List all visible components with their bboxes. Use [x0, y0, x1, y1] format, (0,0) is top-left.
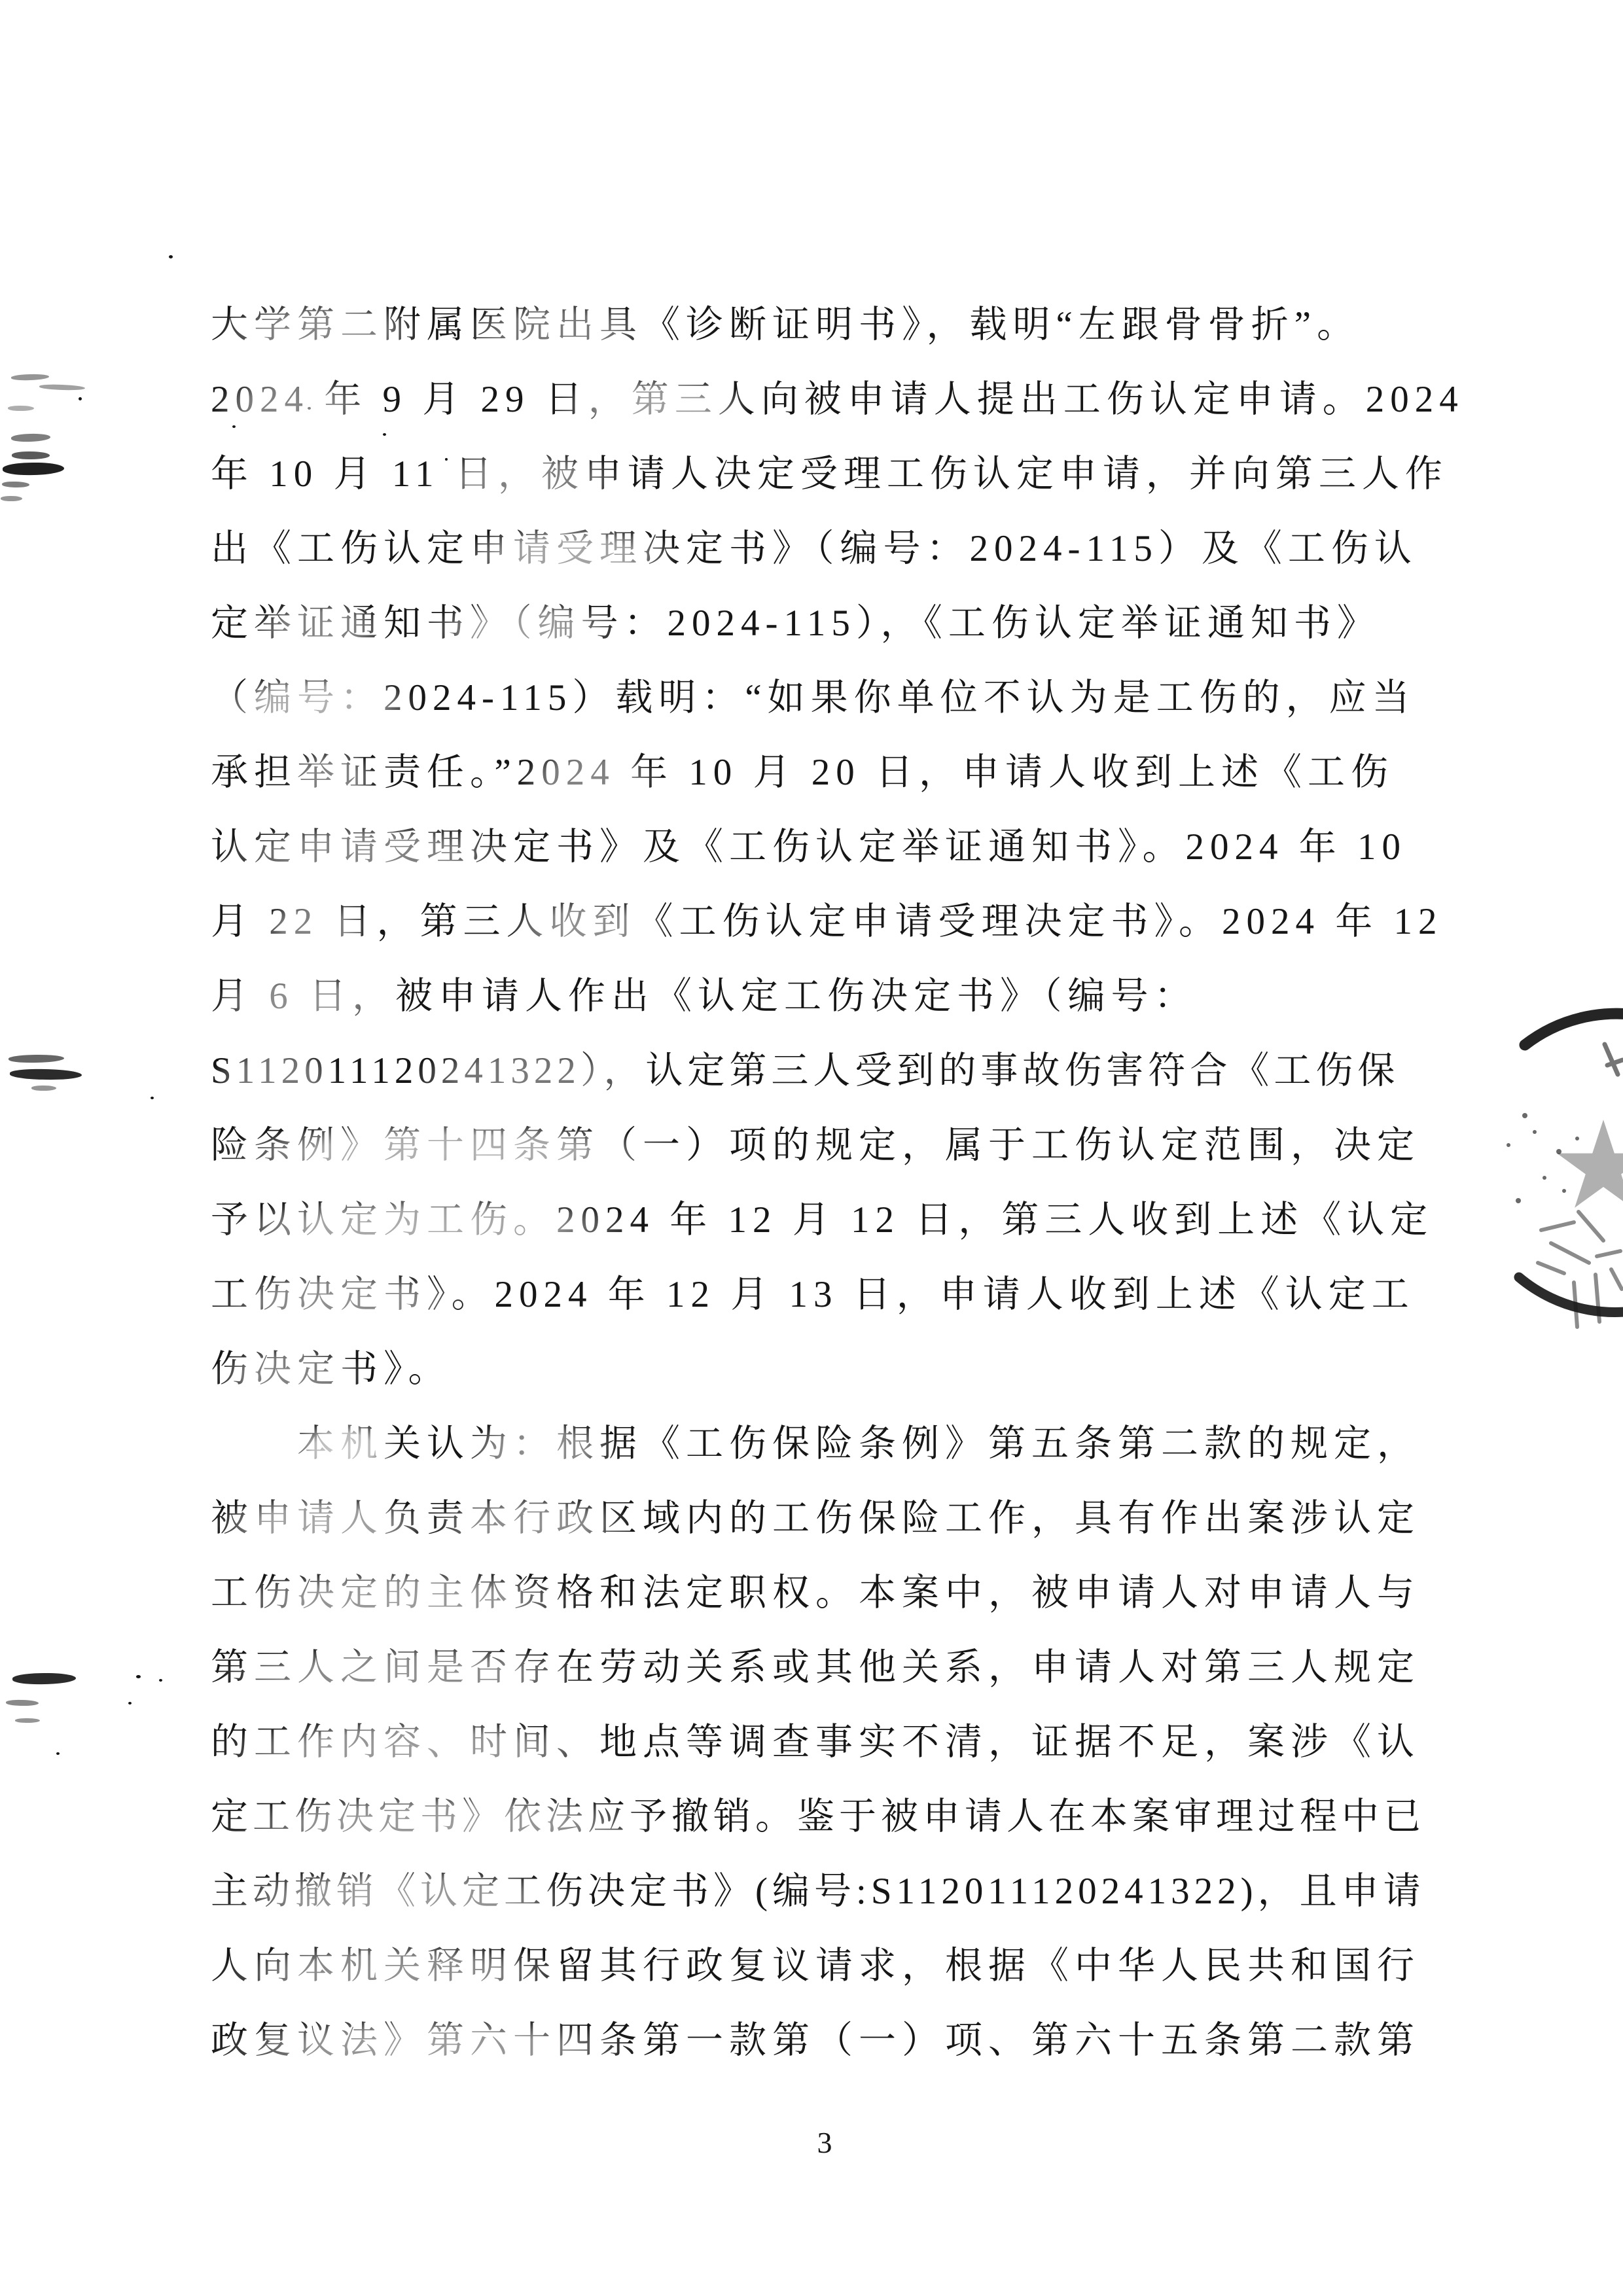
- text-line: 的工作内容、时间、地点等调查事实不清，证据不足，案涉《认: [211, 1705, 1493, 1780]
- text-line: 主动撤销《认定工伤决定书》(编号:S112011120241322)，且申请: [211, 1854, 1493, 1929]
- text-line: 工伤决定的主体资格和法定职权。本案中，被申请人对申请人与: [211, 1556, 1493, 1631]
- ink-smudge: [11, 433, 50, 442]
- ink-smudge: [3, 462, 64, 476]
- noise-speck: [56, 1752, 60, 1755]
- ink-smudge: [10, 1069, 82, 1080]
- noise-speck: [383, 433, 386, 436]
- document-body: 大学第二附属医院出具《诊断证明书》，载明“左跟骨骨折”。 2024 年 9 月 …: [211, 288, 1493, 2078]
- ink-smudge: [1, 496, 22, 501]
- ink-smudge: [6, 1700, 39, 1706]
- ink-smudge: [9, 1054, 64, 1063]
- text-line: 予以认定为工伤。2024 年 12 月 12 日，第三人收到上述《认定: [211, 1183, 1493, 1258]
- ink-smudge: [12, 451, 50, 459]
- text-line: 认定申请受理决定书》及《工伤认定举证通知书》。2024 年 10: [211, 810, 1493, 885]
- seal-ring-bottom-arc: [1519, 1277, 1623, 1312]
- seal-character-fragment: [1605, 1044, 1622, 1074]
- noise-speck: [169, 255, 173, 258]
- ink-smudge: [8, 406, 34, 411]
- text-line: 月 22 日，第三人收到《工伤认定申请受理决定书》。2024 年 12: [211, 885, 1493, 959]
- scanned-page: 大学第二附属医院出具《诊断证明书》，载明“左跟骨骨折”。 2024 年 9 月 …: [0, 0, 1623, 2296]
- text-line: 伤决定书》。: [211, 1332, 1493, 1407]
- ink-smudge: [2, 482, 29, 488]
- page-number: 3: [805, 2125, 844, 2160]
- noise-speck: [79, 397, 82, 400]
- noise-speck: [159, 1679, 162, 1682]
- noise-speck: [232, 425, 236, 428]
- text-line: 工伤决定书》。2024 年 12 月 13 日，申请人收到上述《认定工: [211, 1258, 1493, 1332]
- text-line-paragraph-start: 本机关认为：根据《工伤保险条例》第五条第二款的规定，: [211, 1407, 1493, 1481]
- noise-speck: [216, 1059, 219, 1061]
- text-line: 大学第二附属医院出具《诊断证明书》，载明“左跟骨骨折”。: [211, 288, 1493, 362]
- text-line: 出《工伤认定申请受理决定书》（编号：2024-115）及《工伤认: [211, 512, 1493, 586]
- noise-speck: [445, 458, 448, 461]
- text-line: 险条例》第十四条第（一）项的规定，属于工伤认定范围，决定: [211, 1108, 1493, 1183]
- text-line: 定举证通知书》（编号：2024-115），《工伤认定举证通知书》: [211, 586, 1493, 661]
- text-line: 年 10 月 11 日，被申请人决定受理工伤认定申请，并向第三人作: [211, 437, 1493, 512]
- seal-ring-top-arc: [1525, 1014, 1623, 1045]
- ink-smudge: [15, 1718, 40, 1723]
- ink-smudge: [11, 374, 49, 381]
- ink-smudge: [39, 384, 85, 391]
- text-line: 承担举证责任。”2024 年 10 月 20 日，申请人收到上述《工伤: [211, 735, 1493, 810]
- noise-speck: [136, 1675, 141, 1678]
- seal-star-icon: ★: [1549, 1100, 1623, 1234]
- ink-smudge: [12, 1672, 76, 1685]
- noise-speck: [128, 1702, 132, 1704]
- ink-smudge: [31, 1086, 56, 1091]
- noise-speck: [151, 1097, 154, 1099]
- text-line: 2024 年 9 月 29 日，第三人向被申请人提出工伤认定申请。2024: [211, 362, 1493, 437]
- text-line: S112011120241322），认定第三人受到的事故伤害符合《工伤保: [211, 1034, 1493, 1108]
- text-line: 政复议法》第六十四条第一款第（一）项、第六十五条第二款第: [211, 2004, 1493, 2078]
- text-line: （编号：2024-115）载明：“如果你单位不认为是工伤的，应当: [211, 661, 1493, 735]
- noise-speck: [308, 407, 311, 410]
- text-line: 月 6 日，被申请人作出《认定工伤决定书》（编号：: [211, 959, 1493, 1034]
- text-line: 定工伤决定书》依法应予撤销。鉴于被申请人在本案审理过程中已: [211, 1780, 1493, 1854]
- text-line: 被申请人负责本行政区域内的工伤保险工作，具有作出案涉认定: [211, 1481, 1493, 1556]
- text-line: 第三人之间是否存在劳动关系或其他关系，申请人对第三人规定: [211, 1631, 1493, 1705]
- text-line: 人向本机关释明保留其行政复议请求，根据《中华人民共和国行: [211, 1929, 1493, 2004]
